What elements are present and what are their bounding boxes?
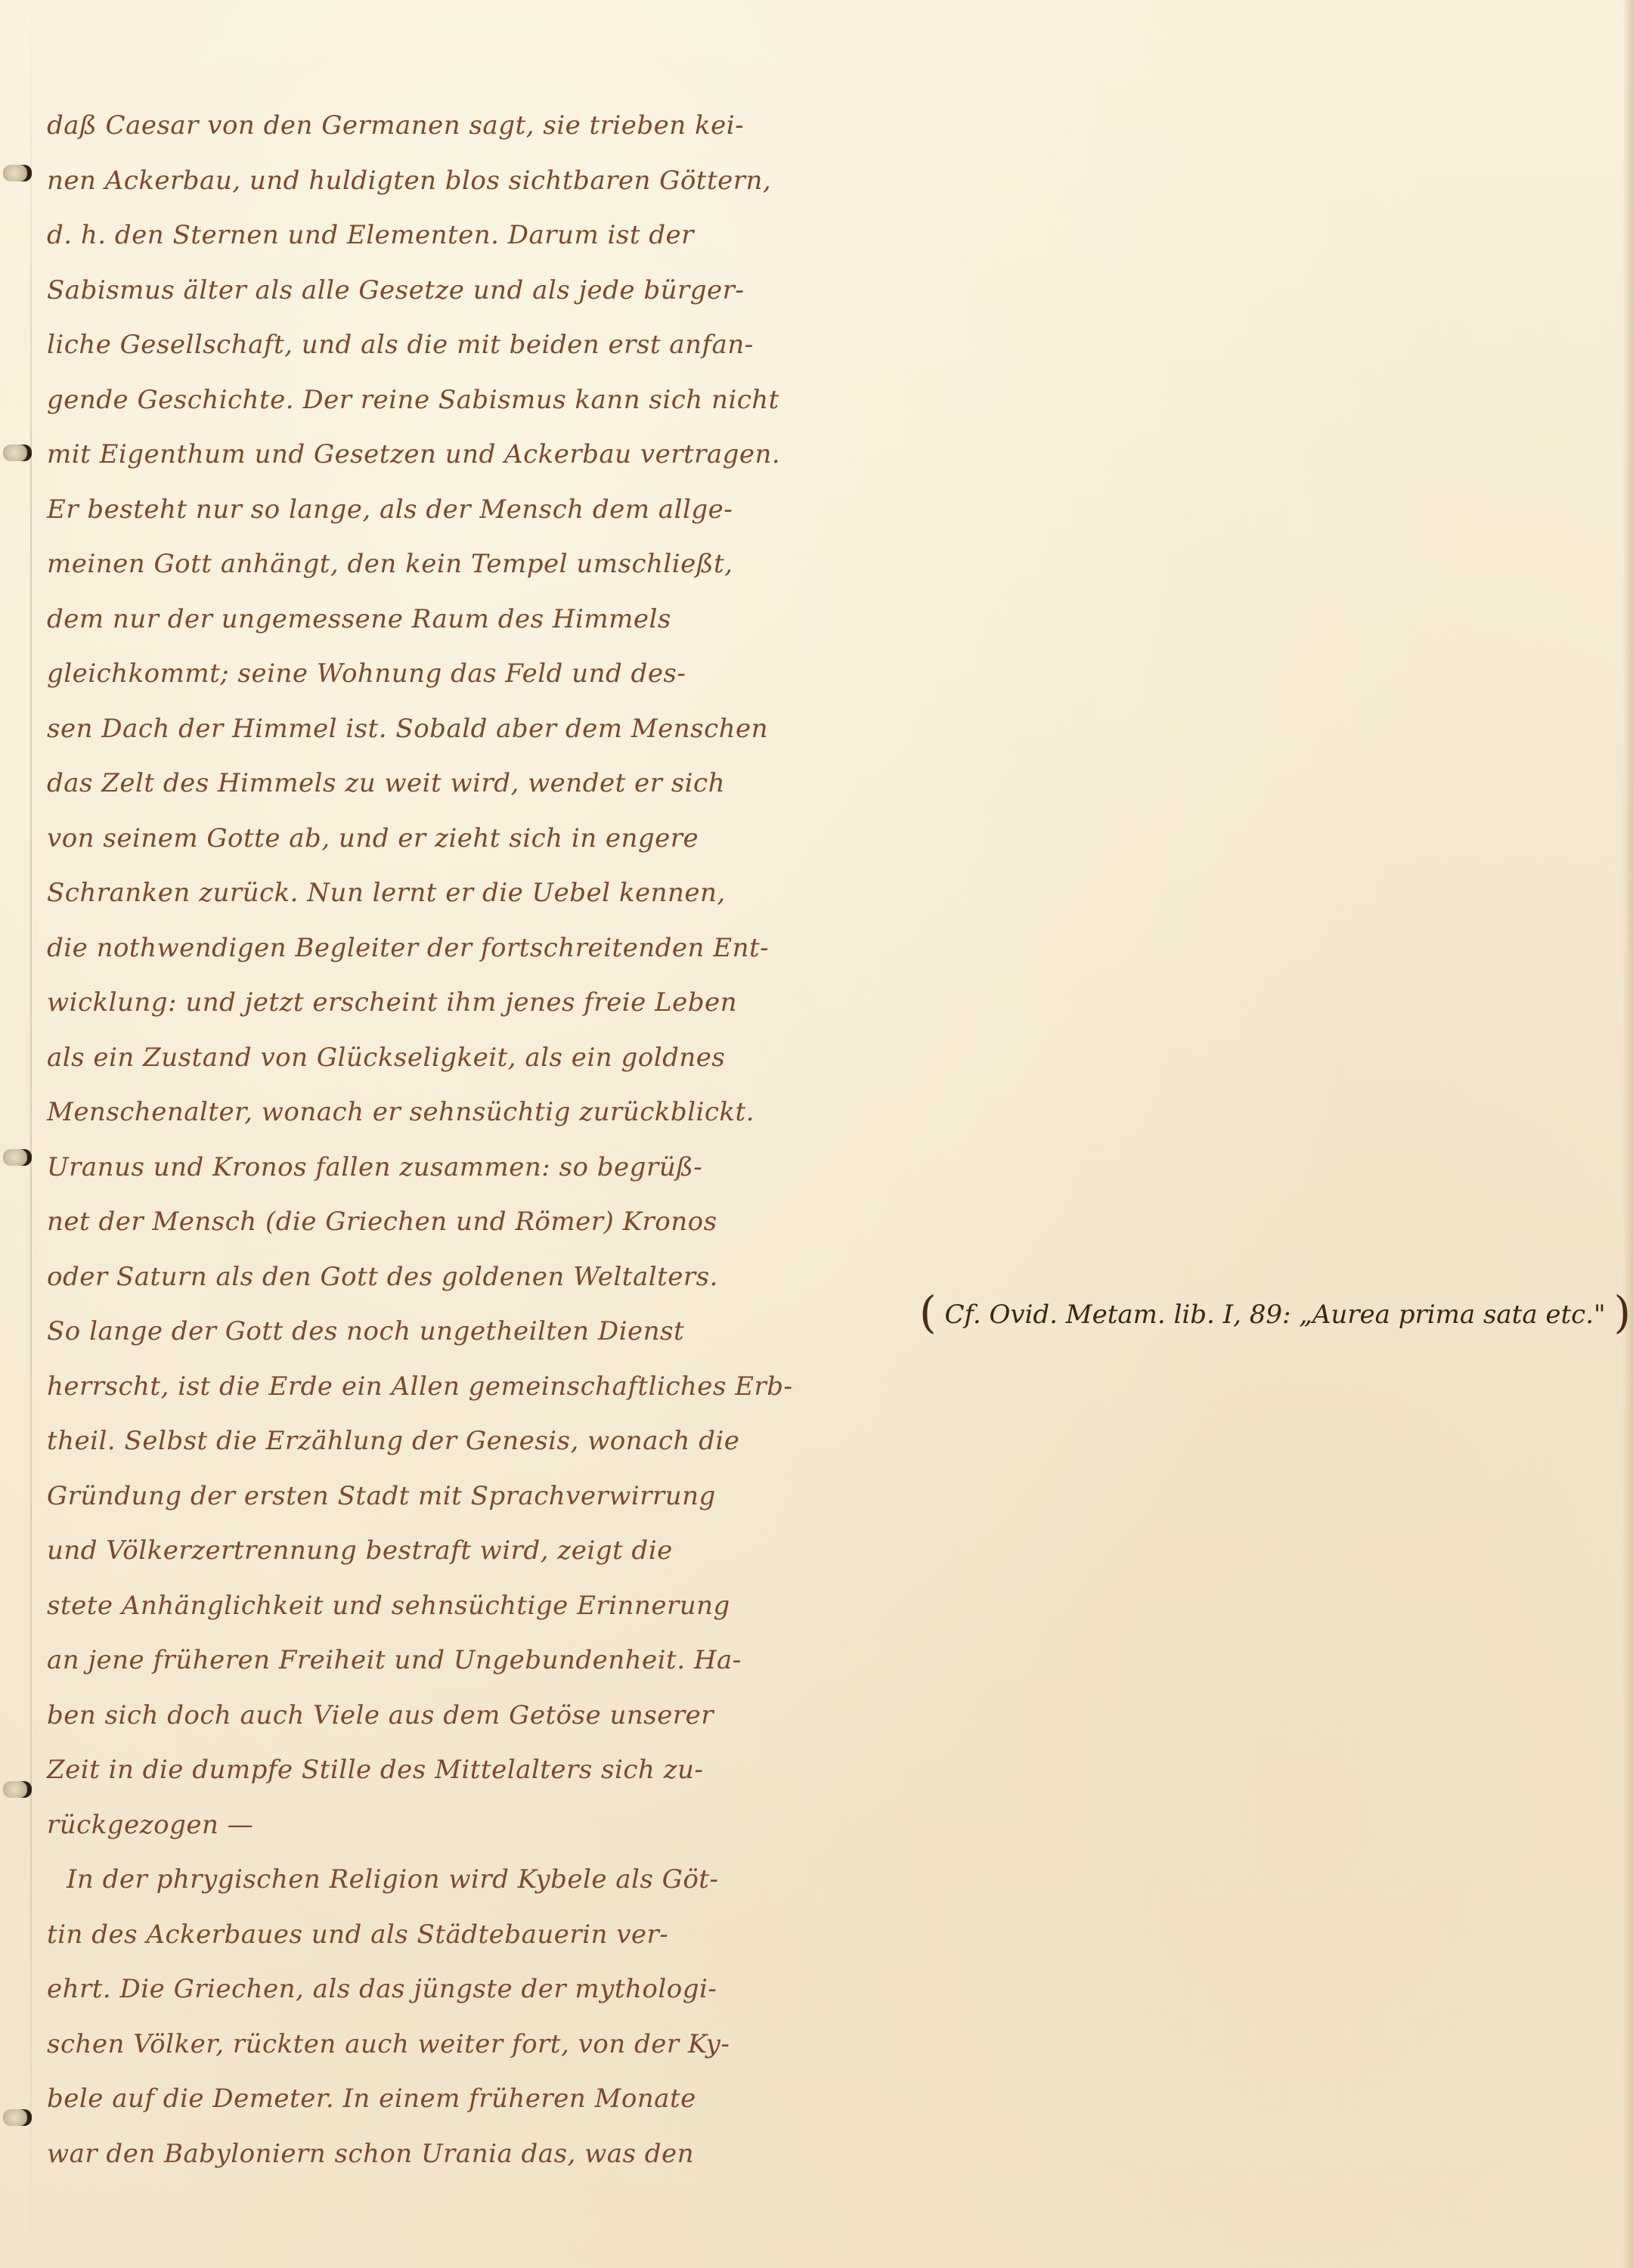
text-line: Schranken zurück. Nun lernt er die Uebel… xyxy=(47,866,863,921)
text-line: net der Mensch (die Griechen und Römer) … xyxy=(47,1194,863,1250)
text-line: tin des Ackerbaues und als Städtebauerin… xyxy=(47,1907,863,1963)
text-line: Zeit in die dumpfe Stille des Mittelalte… xyxy=(47,1743,863,1798)
text-line: bele auf die Demeter. In einem früheren … xyxy=(47,2071,863,2127)
text-line: theil. Selbst die Erzählung der Genesis,… xyxy=(47,1414,863,1469)
text-line: rückgezogen — xyxy=(47,1798,863,1853)
marginal-citation-note: ( Cf. Ovid. Metam. lib. I, 89: „Aurea pr… xyxy=(919,1290,1630,1337)
text-line: nen Ackerbau, und huldigten blos sichtba… xyxy=(47,153,863,209)
open-parenthesis: ( xyxy=(919,1287,937,1338)
text-line: an jene früheren Freiheit und Ungebunden… xyxy=(47,1633,863,1688)
binding-stitch-hole xyxy=(3,165,32,181)
text-line: schen Völker, rückten auch weiter fort, … xyxy=(47,2017,863,2072)
text-line: gleichkommt; seine Wohnung das Feld und … xyxy=(47,646,863,702)
text-line: als ein Zustand von Glückseligkeit, als … xyxy=(47,1030,863,1086)
text-line: liche Gesellschaft, und als die mit beid… xyxy=(47,318,863,373)
text-line: von seinem Gotte ab, und er zieht sich i… xyxy=(47,811,863,866)
binding-stitch-hole xyxy=(3,445,32,461)
binding-edge xyxy=(30,0,32,2268)
text-line: Gründung der ersten Stadt mit Sprachverw… xyxy=(47,1469,863,1524)
text-line: ehrt. Die Griechen, als das jüngste der … xyxy=(47,1962,863,2017)
text-line: Sabismus älter als alle Gesetze und als … xyxy=(47,263,863,318)
text-line: die nothwendigen Begleiter der fortschre… xyxy=(47,921,863,976)
text-line: herrscht, ist die Erde ein Allen gemeins… xyxy=(47,1359,863,1414)
text-line: und Völkerzertrennung bestraft wird, zei… xyxy=(47,1523,863,1579)
binding-stitch-hole xyxy=(3,2109,32,2126)
binding-stitch-hole xyxy=(3,1149,32,1166)
text-line: gende Geschichte. Der reine Sabismus kan… xyxy=(47,373,863,428)
text-line: dem nur der ungemessene Raum des Himmels xyxy=(47,592,863,647)
text-line: meinen Gott anhängt, den kein Tempel ums… xyxy=(47,537,863,592)
text-line: Uranus und Kronos fallen zusammen: so be… xyxy=(47,1140,863,1195)
paragraph-start-line: In der phrygischen Religion wird Kybele … xyxy=(47,1852,863,1907)
text-line: stete Anhänglichkeit und sehnsüchtige Er… xyxy=(47,1579,863,1634)
binding-stitch-hole xyxy=(3,1781,32,1798)
text-line: d. h. den Sternen und Elementen. Darum i… xyxy=(47,208,863,263)
text-line: oder Saturn als den Gott des goldenen We… xyxy=(47,1250,863,1305)
text-line: mit Eigenthum und Gesetzen und Ackerbau … xyxy=(47,427,863,482)
text-line: Menschenalter, wonach er sehnsüchtig zur… xyxy=(47,1085,863,1140)
text-line: ben sich doch auch Viele aus dem Getöse … xyxy=(47,1688,863,1743)
page-edge-shadow xyxy=(1622,0,1633,2268)
text-line: das Zelt des Himmels zu weit wird, wende… xyxy=(47,756,863,811)
manuscript-page: daß Caesar von den Germanen sagt, sie tr… xyxy=(0,0,1633,2268)
text-line: daß Caesar von den Germanen sagt, sie tr… xyxy=(47,98,863,153)
text-line: So lange der Gott des noch ungetheilten … xyxy=(47,1304,863,1359)
citation-text: Cf. Ovid. Metam. lib. I, 89: „Aurea prim… xyxy=(944,1300,1605,1330)
text-line: wicklung: und jetzt erscheint ihm jenes … xyxy=(47,975,863,1030)
text-line: Er besteht nur so lange, als der Mensch … xyxy=(47,482,863,538)
text-line: war den Babyloniern schon Urania das, wa… xyxy=(47,2127,863,2182)
close-parenthesis: ) xyxy=(1614,1287,1631,1338)
main-text-column: daß Caesar von den Germanen sagt, sie tr… xyxy=(47,98,863,2181)
text-line: sen Dach der Himmel ist. Sobald aber dem… xyxy=(47,702,863,757)
